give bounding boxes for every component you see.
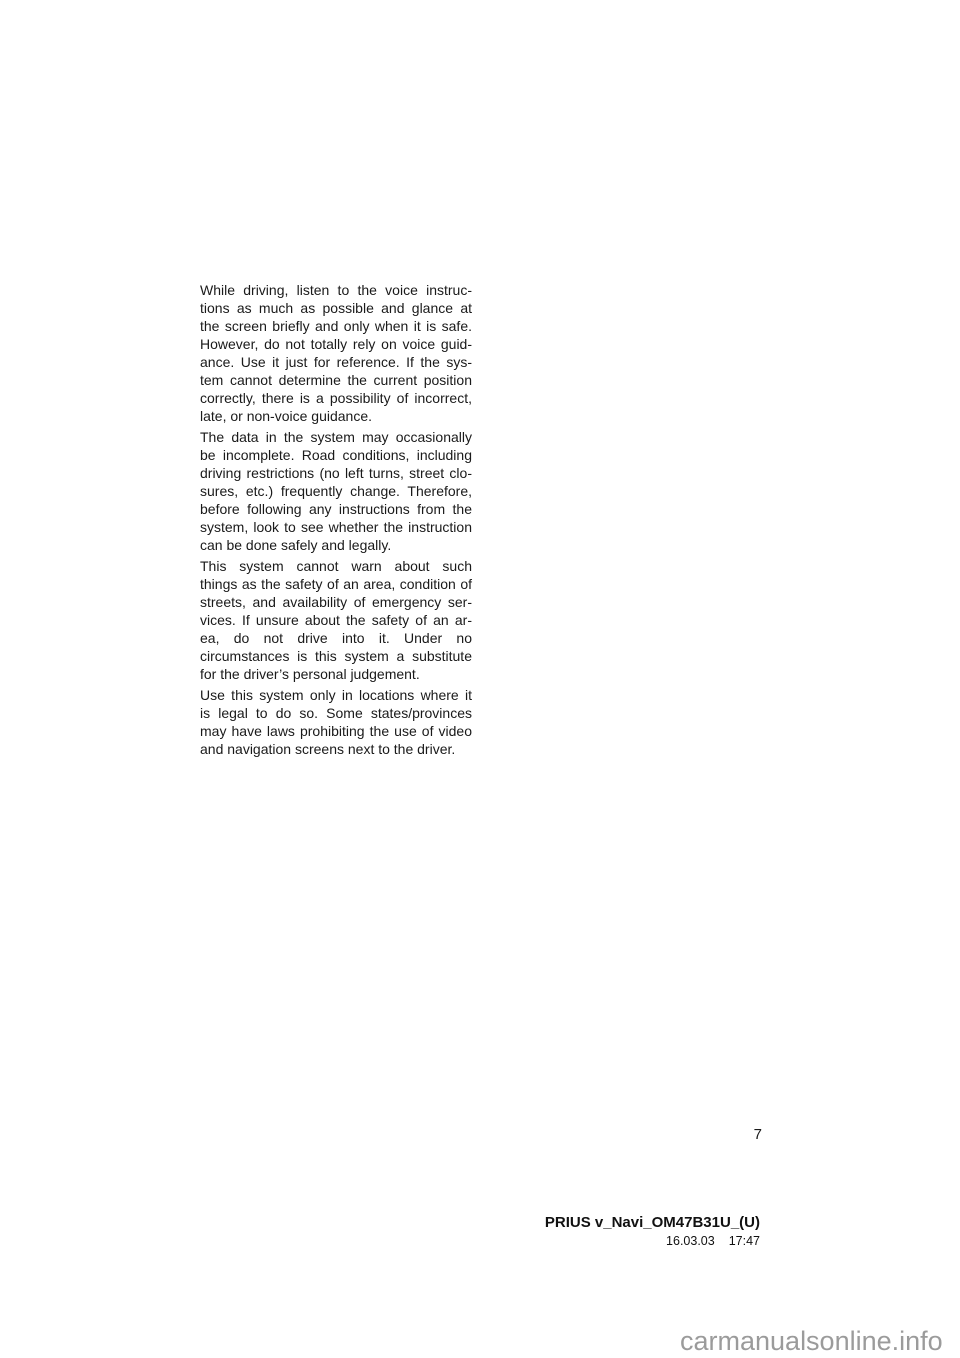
text-line: ance. Use it just for reference. If the …	[200, 353, 472, 371]
text-line: vices. If unsure about the safety of an …	[200, 611, 472, 629]
text-line: before following any instructions from t…	[200, 500, 472, 518]
document-code: PRIUS v_Navi_OM47B31U_(U)	[545, 1213, 760, 1232]
text-line: may have laws prohibiting the use of vid…	[200, 722, 472, 740]
text-line: tions as much as possible and glance at	[200, 299, 472, 317]
text-line: While driving, listen to the voice instr…	[200, 281, 472, 299]
text-line: is legal to do so. Some states/provinces	[200, 704, 472, 722]
text-line: and navigation screens next to the drive…	[200, 740, 472, 758]
footer-date: 16.03.03	[666, 1234, 715, 1248]
footer-datetime: 16.03.0317:47	[545, 1232, 760, 1251]
text-line: things as the safety of an area, conditi…	[200, 575, 472, 593]
paragraph: The data in the system may occasionallyb…	[200, 428, 472, 554]
text-line: The data in the system may occasionally	[200, 428, 472, 446]
text-line: for the driver’s personal judgement.	[200, 665, 472, 683]
text-line: the screen briefly and only when it is s…	[200, 317, 472, 335]
text-line: Use this system only in locations where …	[200, 686, 472, 704]
text-line: streets, and availability of emergency s…	[200, 593, 472, 611]
text-line: system, look to see whether the instruct…	[200, 518, 472, 536]
text-line: correctly, there is a possibility of inc…	[200, 389, 472, 407]
text-line: driving restrictions (no left turns, str…	[200, 464, 472, 482]
paragraph: Use this system only in locations where …	[200, 686, 472, 758]
paragraph: This system cannot warn about suchthings…	[200, 557, 472, 683]
watermark-text: carmanualsonline.info	[680, 1326, 943, 1356]
body-text-block: While driving, listen to the voice instr…	[200, 281, 472, 761]
text-line: tem cannot determine the current positio…	[200, 371, 472, 389]
text-line: be incomplete. Road conditions, includin…	[200, 446, 472, 464]
page-number: 7	[662, 1126, 762, 1144]
text-line: This system cannot warn about such	[200, 557, 472, 575]
text-line: late, or non-voice guidance.	[200, 407, 472, 425]
paragraph: While driving, listen to the voice instr…	[200, 281, 472, 425]
footer-time: 17:47	[729, 1234, 760, 1248]
text-line: However, do not totally rely on voice gu…	[200, 335, 472, 353]
document-page: While driving, listen to the voice instr…	[0, 0, 960, 1358]
text-line: circumstances is this system a substitut…	[200, 647, 472, 665]
text-line: can be done safely and legally.	[200, 536, 472, 554]
text-line: sures, etc.) frequently change. Therefor…	[200, 482, 472, 500]
footer: PRIUS v_Navi_OM47B31U_(U) 16.03.0317:47	[545, 1213, 760, 1251]
text-line: ea, do not drive into it. Under no	[200, 629, 472, 647]
